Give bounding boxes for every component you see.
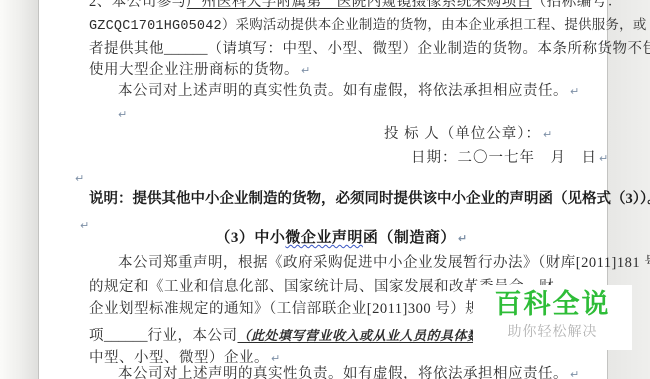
- doc-text: 本公司郑重声明，根据《政府采购促进中小企业发展暂行办法》（财库[2011]181…: [118, 255, 650, 271]
- paragraph-mark-icon: ↵: [543, 128, 553, 141]
- empty-paragraph: ↵: [116, 104, 621, 124]
- project-name-underlined: 广州医科大学附属第一医院内窥镜摄像系统采购项目: [187, 0, 532, 10]
- tender-number-text: GZCQC1701HG05042）采购活动提供本企业制造的货物，由本企业承担工程…: [89, 19, 647, 34]
- doc-text: （招标编号：: [532, 0, 622, 10]
- heading-text: 函（制造商）: [363, 230, 456, 246]
- note-line: 说明：提供其他中小企业制造的货物，必须同时提供该中小企业的声明函（见格式（3））…: [89, 189, 594, 209]
- doc-text: 2、本公司参与: [89, 0, 187, 10]
- doc-line: 本公司对上述声明的真实性负责。如有虚假，将依法承担相应责任。↵: [89, 81, 594, 101]
- doc-text: 说明：提供其他中小企业制造的货物，必须同时提供该中小企业的声明函（见格式（3））…: [89, 191, 650, 207]
- watermark-title: 百科全说: [473, 289, 632, 319]
- paragraph-mark-icon: ↵: [458, 232, 468, 245]
- page-margin-left: [0, 0, 38, 379]
- paragraph-mark-icon: ↵: [75, 172, 85, 185]
- bidder-signature-line: 投 标 人（单位公章）：↵: [384, 124, 650, 144]
- doc-line: 本公司郑重声明，根据《政府采购促进中小企业发展暂行办法》（财库[2011]181…: [89, 253, 594, 273]
- doc-line: 2、本公司参与广州医科大学附属第一医院内窥镜摄像系统采购项目（招标编号：: [89, 0, 594, 12]
- doc-line: 本公司对上述声明的真实性负责。如有虚假，将依法承担相应责任。↵: [89, 364, 594, 379]
- paragraph-mark-icon: ↵: [570, 368, 580, 379]
- doc-line: 使用大型企业注册商标的货物。↵: [89, 60, 594, 80]
- fill-instruction-italic: （此处填写营业收入或从业人员的具体数据）: [238, 328, 502, 343]
- doc-line: 者提供其他______（请填写：中型、小型、微型）企业制造的货物。本条所称货物不…: [89, 39, 594, 59]
- doc-line: GZCQC1701HG05042）采购活动提供本企业制造的货物，由本企业承担工程…: [89, 17, 594, 37]
- date-line: 日期：二〇一七年 月 日↵: [411, 148, 650, 168]
- doc-text: 本公司对上述声明的真实性负责。如有虚假，将依法承担相应责任。: [118, 83, 568, 99]
- doc-text: 本公司对上述声明的真实性负责。如有虚假，将依法承担相应责任。: [118, 366, 568, 379]
- paragraph-mark-icon: ↵: [570, 85, 580, 98]
- doc-text: 投 标 人（单位公章）：: [384, 126, 541, 142]
- doc-text: 日期：二〇一七年 月 日: [411, 150, 597, 166]
- heading-text: （3）中小: [215, 230, 285, 246]
- doc-text: 项: [89, 328, 104, 344]
- doc-text: （请填写：中型、小型、微型）企业制造的货物。本条所称货物不包括: [208, 41, 650, 57]
- paragraph-mark-icon: ↵: [301, 64, 311, 77]
- empty-paragraph: ↵: [73, 168, 578, 188]
- doc-text: 使用大型企业注册商标的货物。: [89, 62, 299, 78]
- heading-text-spellcheck: 微企业声明: [285, 230, 363, 246]
- paragraph-mark-icon: ↵: [599, 152, 609, 165]
- doc-text: 行业，本公司: [148, 328, 238, 344]
- fill-in-blank: ______: [164, 41, 208, 57]
- fill-in-blank: ______: [104, 328, 148, 344]
- watermark-overlay: 百科全说 助你轻松解决: [473, 285, 632, 350]
- section-heading: （3）中小微企业声明函（制造商）↵: [89, 228, 594, 248]
- watermark-subtitle: 助你轻松解决: [473, 321, 632, 341]
- paragraph-mark-icon: ↵: [118, 108, 128, 121]
- document-viewer: 2、本公司参与广州医科大学附属第一医院内窥镜摄像系统采购项目（招标编号： GZC…: [0, 0, 650, 379]
- doc-text: 者提供其他: [89, 41, 164, 57]
